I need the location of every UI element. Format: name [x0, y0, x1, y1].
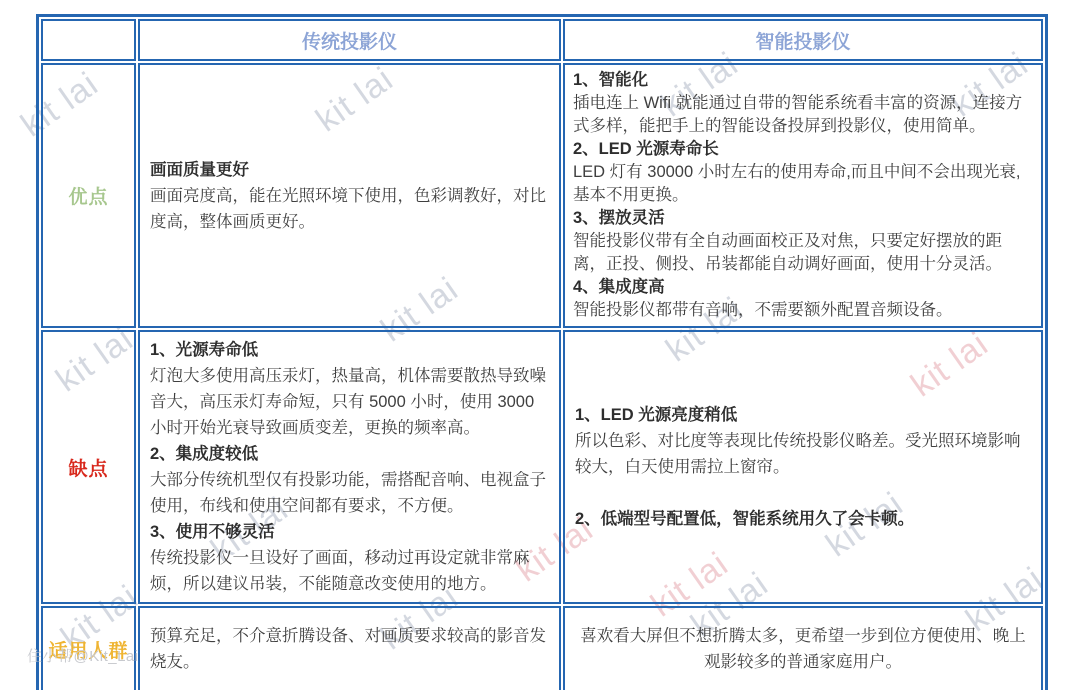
header-smart-projector: 智能投影仪 [563, 19, 1043, 61]
header-empty-cell [41, 19, 136, 61]
cell-cons-smart: 1、LED 光源亮度稍低所以色彩、对比度等表现比传统投影仪略差。受光照环境影响较… [563, 330, 1043, 604]
cell-cons-traditional: 1、光源寿命低灯泡大多使用高压汞灯，热量高，机体需要散热导致噪音大，高压汞灯寿命… [138, 330, 561, 604]
cell-target-users-traditional: 预算充足，不介意折腾设备、对画质要求较高的影音发烧友。 [138, 606, 561, 690]
comparison-table: 传统投影仪 智能投影仪 优点 画面质量更好画面亮度高，能在光照环境下使用，色彩调… [36, 14, 1048, 690]
row-label-pros: 优点 [41, 63, 136, 328]
header-traditional-projector: 传统投影仪 [138, 19, 561, 61]
cell-pros-traditional: 画面质量更好画面亮度高，能在光照环境下使用，色彩调教好，对比度高，整体画质更好。 [138, 63, 561, 328]
row-label-cons: 缺点 [41, 330, 136, 604]
author-watermark-signature: 住小帮@Kit_Lai [27, 645, 139, 666]
cell-pros-smart: 1、智能化插电连上 Wifi 就能通过自带的智能系统看丰富的资源，连接方式多样，… [563, 63, 1043, 328]
cell-target-users-smart: 喜欢看大屏但不想折腾太多，更希望一步到位方便使用、晚上观影较多的普通家庭用户。 [563, 606, 1043, 690]
